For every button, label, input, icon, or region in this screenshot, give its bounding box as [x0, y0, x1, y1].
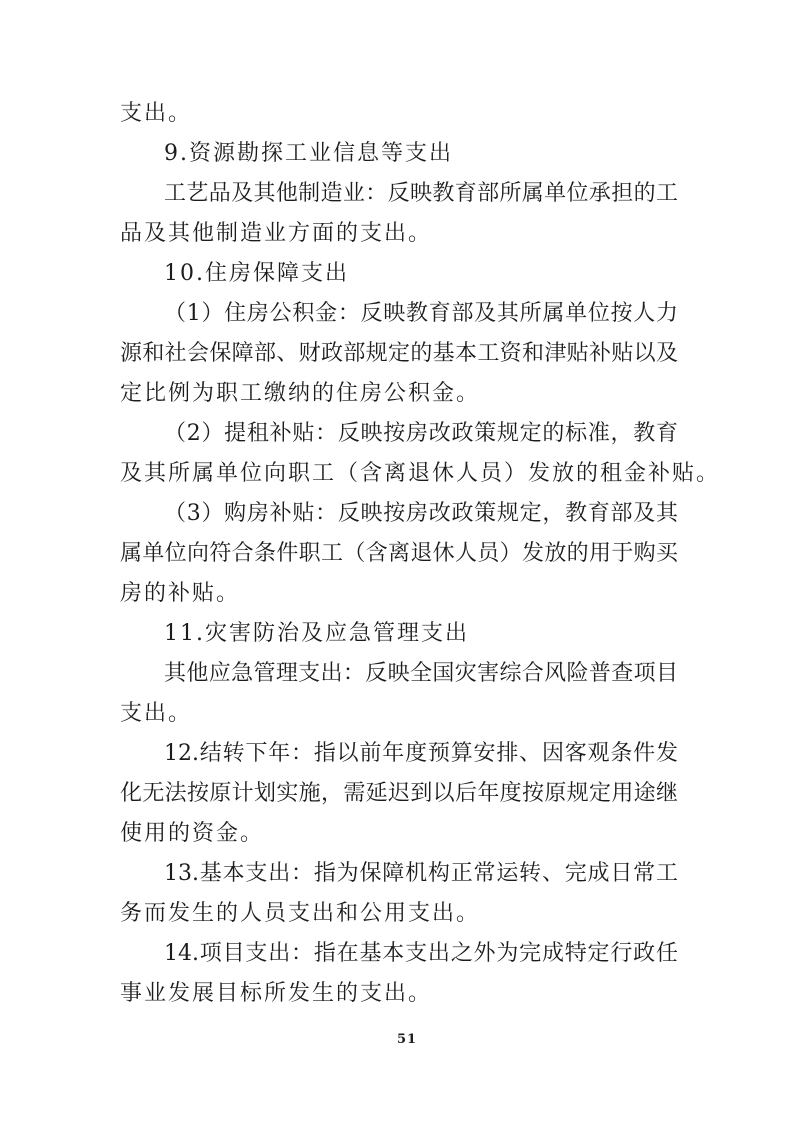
- text-line: 房的补贴。: [120, 574, 678, 614]
- text-line: 源和社会保障部、财政部规定的基本工资和津贴补贴以及规: [120, 334, 678, 374]
- text-line: 事业发展目标所发生的支出。: [120, 974, 678, 1014]
- document-page: 支出。9.资源勘探工业信息等支出工艺品及其他制造业：反映教育部所属单位承担的工艺…: [0, 0, 800, 1131]
- text-line: 其他应急管理支出：反映全国灾害综合风险普查项目的: [120, 654, 678, 694]
- text-line: 14.项目支出：指在基本支出之外为完成特定行政任务和: [120, 934, 678, 974]
- text-line: 支出。: [120, 94, 678, 134]
- text-line: （1）住房公积金：反映教育部及其所属单位按人力资: [120, 294, 678, 334]
- text-line: 10.住房保障支出: [120, 254, 678, 294]
- text-line: （2）提租补贴：反映按房改政策规定的标准，教育部: [120, 414, 678, 454]
- text-line: （3）购房补贴：反映按房改政策规定，教育部及其所: [120, 494, 678, 534]
- document-body: 支出。9.资源勘探工业信息等支出工艺品及其他制造业：反映教育部所属单位承担的工艺…: [120, 94, 678, 1014]
- text-line: 定比例为职工缴纳的住房公积金。: [120, 374, 678, 414]
- text-line: 化无法按原计划实施，需延迟到以后年度按原规定用途继续: [120, 774, 678, 814]
- text-line: 11.灾害防治及应急管理支出: [120, 614, 678, 654]
- text-line: 支出。: [120, 694, 678, 734]
- text-line: 13.基本支出：指为保障机构正常运转、完成日常工作任: [120, 854, 678, 894]
- text-line: 及其所属单位向职工（含离退休人员）发放的租金补贴。: [120, 454, 678, 494]
- text-line: 12.结转下年：指以前年度预算安排、因客观条件发生变: [120, 734, 678, 774]
- text-line: 品及其他制造业方面的支出。: [120, 214, 678, 254]
- text-line: 属单位向符合条件职工（含离退休人员）发放的用于购买住: [120, 534, 678, 574]
- page-number: 51: [0, 1030, 800, 1050]
- text-line: 工艺品及其他制造业：反映教育部所属单位承担的工艺: [120, 174, 678, 214]
- text-line: 使用的资金。: [120, 814, 678, 854]
- text-line: 务而发生的人员支出和公用支出。: [120, 894, 678, 934]
- text-line: 9.资源勘探工业信息等支出: [120, 134, 678, 174]
